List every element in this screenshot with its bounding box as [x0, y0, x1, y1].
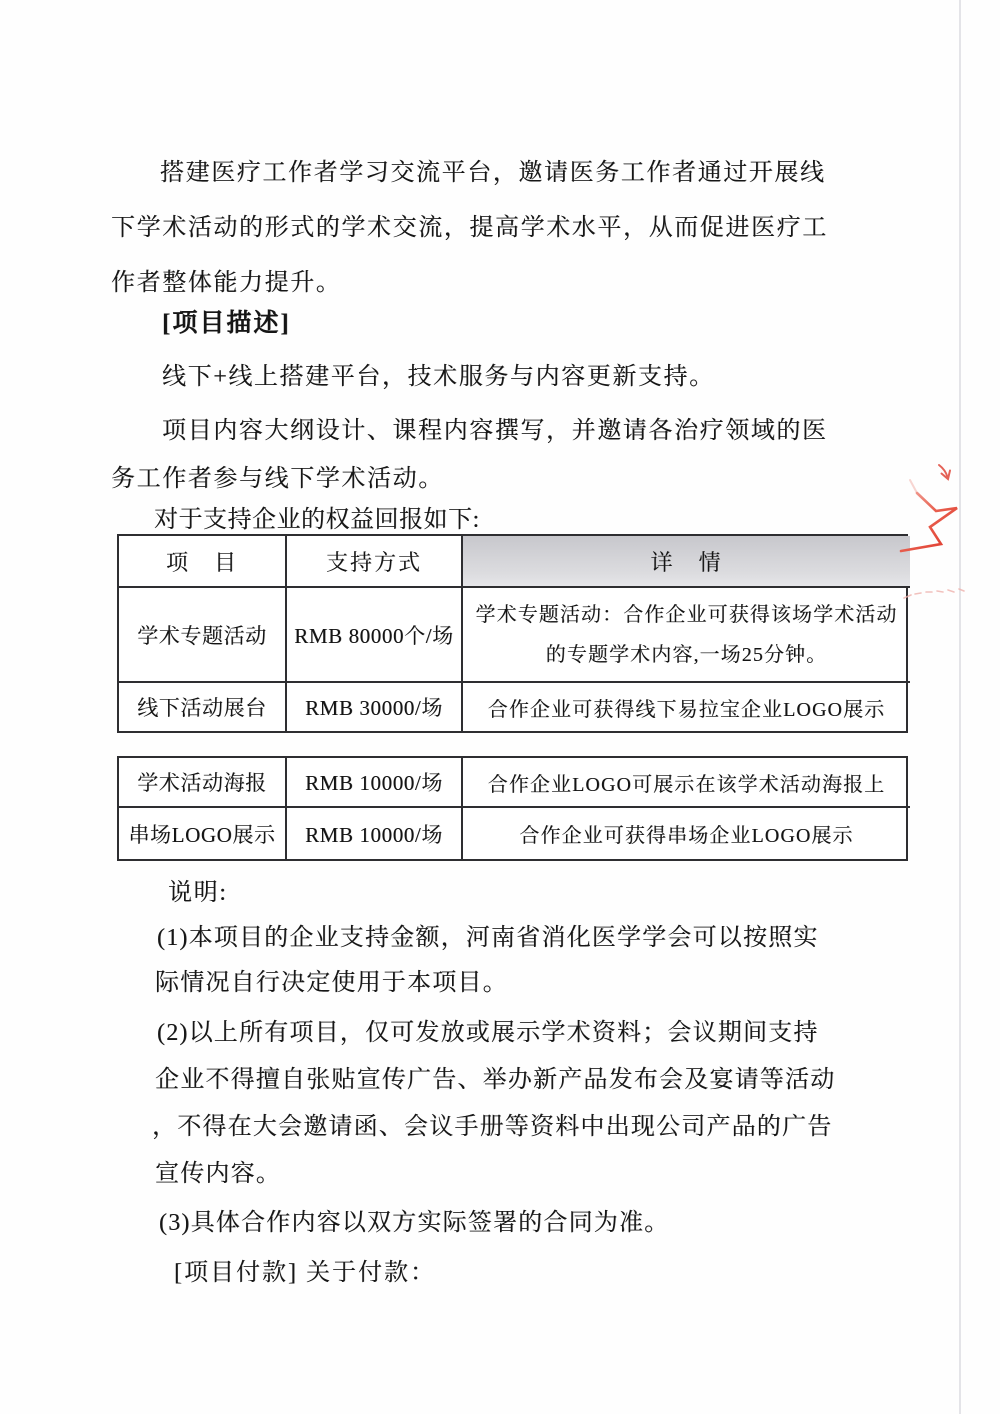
note-1-line-2: 际情况自行决定使用于本项目。: [155, 962, 508, 997]
description-paragraph-2-line-2: 务工作者参与线下学术活动。: [111, 458, 444, 493]
intro-line-3: 作者整体能力提升。: [111, 262, 341, 297]
detail-line-2: 的专题学术内容,一场25分钟。: [546, 635, 828, 675]
note-2-line-2: 企业不得擅自张贴宣传广告、举办新产品发布会及宴请等活动: [155, 1059, 835, 1094]
payment-heading: [项目付款] 关于付款：: [174, 1252, 436, 1287]
red-dashes-icon: [904, 589, 964, 598]
table-row-detail: 合作企业可获得线下易拉宝企业LOGO展示: [463, 683, 910, 731]
benefits-table-block-2: 学术活动海报 RMB 10000/场 合作企业LOGO可展示在该学术活动海报上 …: [117, 756, 908, 861]
description-paragraph-1: 线下+线上搭建平台，技术服务与内容更新支持。: [162, 356, 715, 391]
table-row-item: 学术活动海报: [119, 758, 287, 808]
notes-heading: 说明:: [168, 872, 227, 907]
table-row-item: 线下活动展台: [119, 683, 287, 731]
table-row-support: RMB 10000/场: [287, 808, 463, 859]
table-row-detail: 合作企业可获得串场企业LOGO展示: [463, 808, 910, 859]
table-row-detail: 学术专题活动：合作企业可获得该场学术活动 的专题学术内容,一场25分钟。: [463, 588, 910, 683]
scanned-document-page: 搭建医疗工作者学习交流平台，邀请医务工作者通过开展线 下学术活动的形式的学术交流…: [0, 0, 1000, 1414]
description-paragraph-2-line-1: 项目内容大纲设计、课程内容撰写，并邀请各治疗领域的医: [162, 410, 828, 445]
detail-line-1: 学术专题活动：合作企业可获得该场学术活动: [476, 595, 898, 635]
table-row-item: 串场LOGO展示: [119, 808, 287, 859]
project-description-heading: [项目描述]: [162, 303, 291, 339]
red-star-annotation-group: [880, 440, 990, 620]
benefits-intro-line: 对于支持企业的权益回报如下:: [154, 499, 480, 534]
note-3-line: (3)具体合作内容以双方实际签署的合同为准。: [159, 1202, 669, 1237]
red-arrow-icon: [939, 465, 950, 479]
table-header-item: 项 目: [119, 536, 287, 588]
note-1-line-1: (1)本项目的企业支持金额，河南省消化医学学会可以按照实: [157, 917, 819, 952]
benefits-table-block-1: 项 目 支持方式 详 情 学术专题活动 RMB 80000个/场 学术专题活动：…: [117, 534, 908, 733]
intro-line-2: 下学术活动的形式的学术交流，提高学术水平，从而促进医疗工: [111, 207, 828, 242]
table-header-detail: 详 情: [463, 536, 910, 588]
note-2-line-1: (2)以上所有项目，仅可发放或展示学术资料；会议期间支持: [157, 1012, 819, 1047]
red-star-icon: [901, 480, 957, 551]
table-row-detail: 合作企业LOGO可展示在该学术活动海报上: [463, 758, 910, 808]
note-2-line-4: 宣传内容。: [155, 1153, 281, 1188]
scan-edge-line: [959, 0, 961, 1414]
note-2-line-3: ，不得在大会邀请函、会议手册等资料中出现公司产品的广告: [152, 1106, 832, 1141]
table-row-item: 学术专题活动: [119, 588, 287, 683]
table-row-support: RMB 80000个/场: [287, 588, 463, 683]
table-row-support: RMB 10000/场: [287, 758, 463, 808]
table-header-support: 支持方式: [287, 536, 463, 588]
intro-line-1: 搭建医疗工作者学习交流平台，邀请医务工作者通过开展线: [160, 152, 826, 187]
table-row-support: RMB 30000/场: [287, 683, 463, 731]
